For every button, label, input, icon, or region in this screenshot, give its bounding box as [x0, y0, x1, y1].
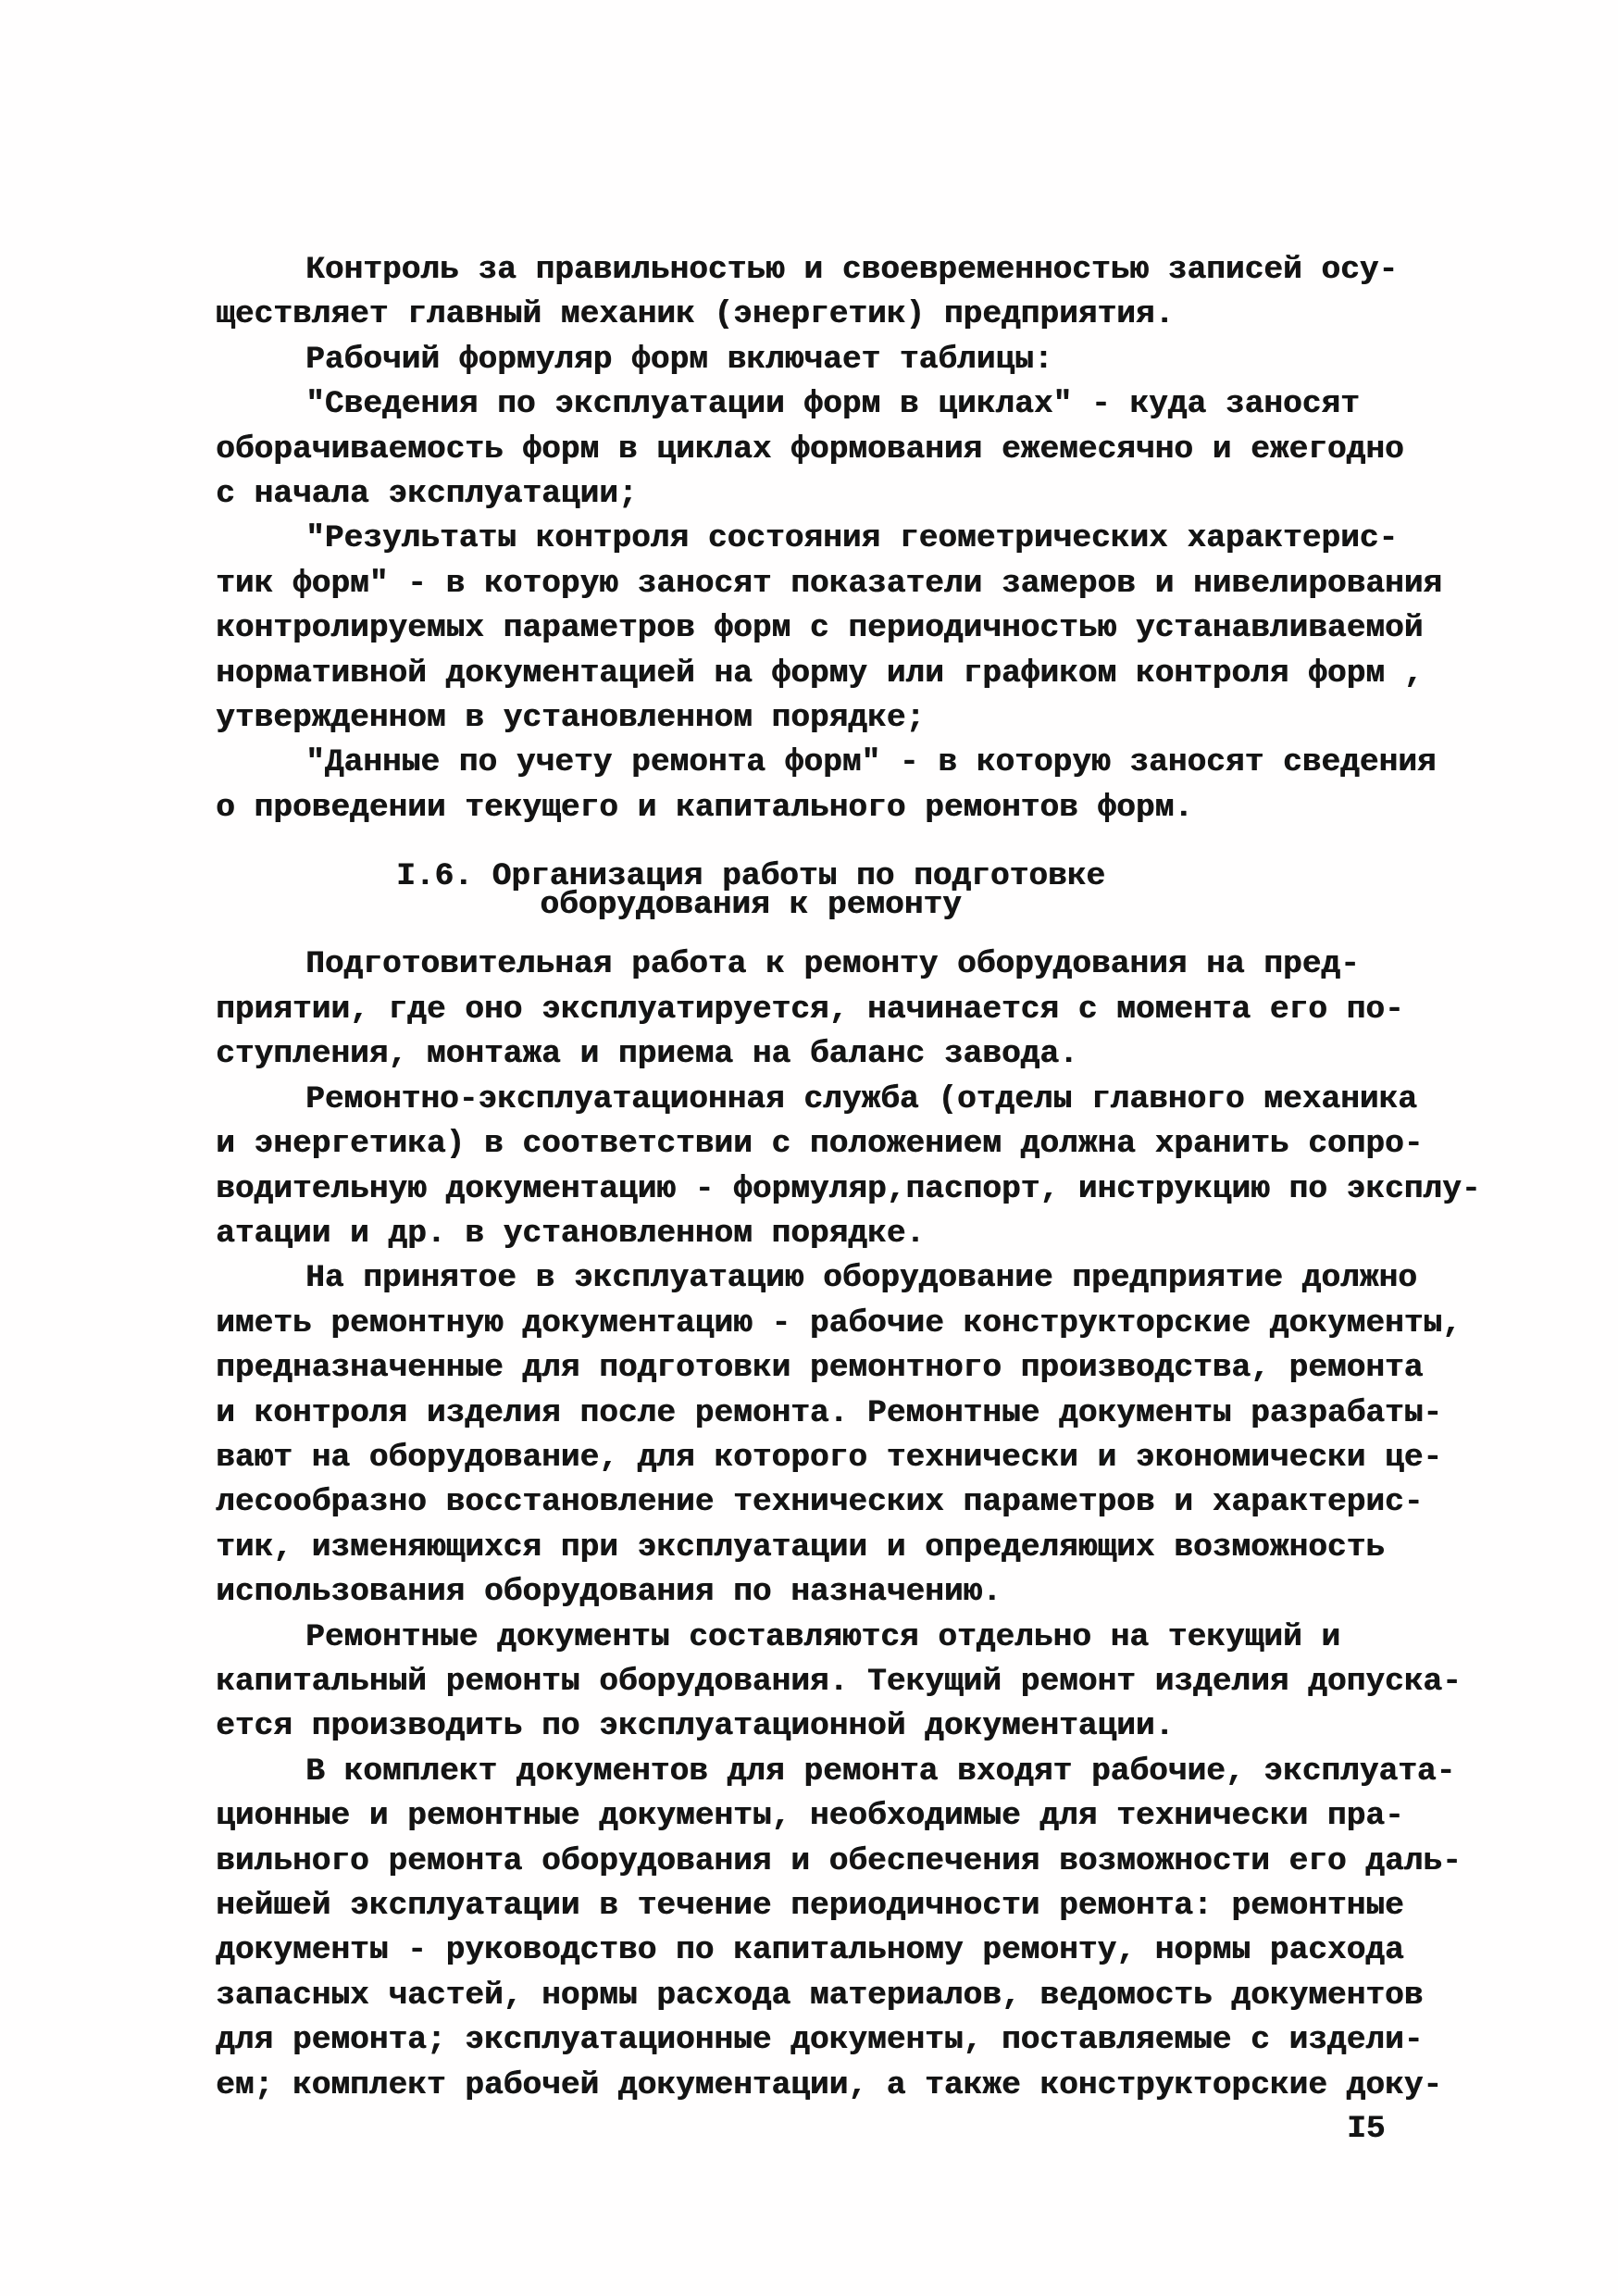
text-line: для ремонта; эксплуатационные документы,…	[216, 2018, 1512, 2063]
text-line: лесообразно восстановление технических п…	[216, 1480, 1512, 1525]
text-line: атации и др. в установленном порядке.	[216, 1212, 1512, 1256]
text-line: нейшей эксплуатации в течение периодично…	[216, 1884, 1512, 1928]
paragraph: Подготовительная работа к ремонту оборуд…	[216, 942, 1512, 1077]
text-line: Подготовительная работа к ремонту оборуд…	[216, 942, 1512, 987]
page-number: I5	[1347, 2107, 1385, 2152]
text-line: Ремонтные документы составляются отдельн…	[216, 1616, 1512, 1660]
text-line: "Сведения по эксплуатации форм в циклах"…	[216, 382, 1512, 427]
paragraph: Ремонтные документы составляются отдельн…	[216, 1616, 1512, 1750]
paragraph: "Сведения по эксплуатации форм в циклах"…	[216, 382, 1512, 517]
text-line: иметь ремонтную документацию - рабочие к…	[216, 1302, 1512, 1346]
text-line: "Данные по учету ремонта форм" - в котор…	[216, 741, 1512, 785]
text-line: контролируемых параметров форм с периоди…	[216, 606, 1512, 651]
text-line: запасных частей, нормы расхода материало…	[216, 1974, 1512, 2018]
text-line: ется производить по эксплуатационной док…	[216, 1704, 1512, 1749]
paragraph: На принятое в эксплуатацию оборудование …	[216, 1256, 1512, 1615]
text-line: нормативной документацией на форму или г…	[216, 652, 1512, 696]
text-line: утвержденном в установленном порядке;	[216, 696, 1512, 741]
text-line: вильного ремонта оборудования и обеспече…	[216, 1840, 1512, 1884]
text-line: использования оборудования по назначению…	[216, 1570, 1512, 1615]
text-line: тик форм" - в которую заносят показатели…	[216, 562, 1512, 606]
text-line: В комплект документов для ремонта входят…	[216, 1750, 1512, 1794]
text-line: ществляет главный механик (энергетик) пр…	[216, 293, 1512, 337]
text-line: ем; комплект рабочей документации, а так…	[216, 2064, 1512, 2108]
text-line: оборачиваемость форм в циклах формования…	[216, 428, 1512, 472]
paragraph: Рабочий формуляр форм включает таблицы:	[216, 338, 1512, 382]
section-heading-line-2: оборудования к ремонту	[216, 892, 1286, 920]
paragraph: Ремонтно-эксплуатационная служба (отделы…	[216, 1078, 1512, 1257]
text-line: документы - руководство по капитальному …	[216, 1928, 1512, 1973]
section-heading: I.6. Организация работы по подготовке об…	[216, 863, 1512, 919]
text-line: Ремонтно-эксплуатационная служба (отделы…	[216, 1078, 1512, 1122]
text-line: вают на оборудование, для которого техни…	[216, 1436, 1512, 1480]
text-line: Контроль за правильностью и своевременно…	[216, 248, 1512, 293]
text-line: приятии, где оно эксплуатируется, начина…	[216, 988, 1512, 1032]
paragraph: "Результаты контроля состояния геометрич…	[216, 517, 1512, 741]
text-line: "Результаты контроля состояния геометрич…	[216, 517, 1512, 561]
text-line: тик, изменяющихся при эксплуатации и опр…	[216, 1526, 1512, 1570]
text-line: ционные и ремонтные документы, необходим…	[216, 1794, 1512, 1839]
paragraph: В комплект документов для ремонта входят…	[216, 1750, 1512, 2108]
text-line: и контроля изделия после ремонта. Ремонт…	[216, 1391, 1512, 1436]
text-line: с начала эксплуатации;	[216, 472, 1512, 517]
text-line: предназначенные для подготовки ремонтног…	[216, 1346, 1512, 1391]
paragraph: "Данные по учету ремонта форм" - в котор…	[216, 741, 1512, 830]
text-line: Рабочий формуляр форм включает таблицы:	[216, 338, 1512, 382]
text-line: о проведении текущего и капитального рем…	[216, 786, 1512, 830]
text-line: водительную документацию - формуляр,пасп…	[216, 1167, 1512, 1212]
text-line: ступления, монтажа и приема на баланс за…	[216, 1032, 1512, 1077]
paragraph: Контроль за правильностью и своевременно…	[216, 248, 1512, 338]
text-line: капитальный ремонты оборудования. Текущи…	[216, 1660, 1512, 1704]
text-block: Контроль за правильностью и своевременно…	[216, 248, 1512, 2108]
text-line: На принятое в эксплуатацию оборудование …	[216, 1256, 1512, 1301]
text-line: и энергетика) в соответствии с положение…	[216, 1122, 1512, 1167]
document-page: Контроль за правильностью и своевременно…	[0, 0, 1618, 2296]
